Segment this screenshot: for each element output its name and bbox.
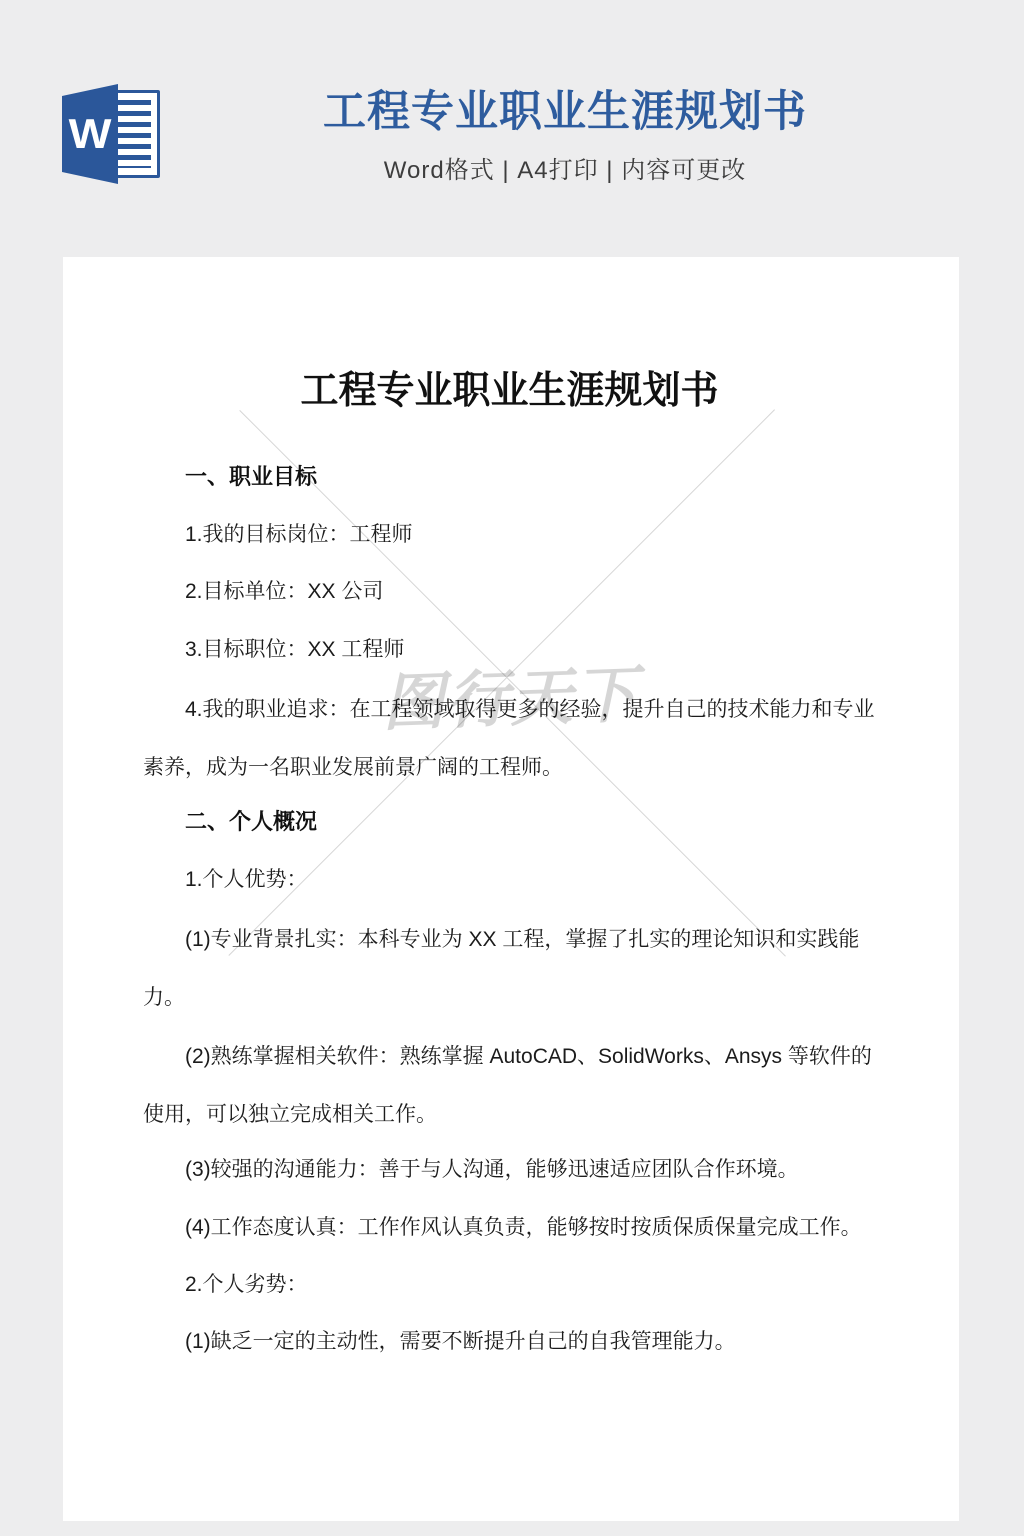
header-subtitle: Word格式 | A4打印 | 内容可更改 (105, 150, 1024, 185)
doc-paragraph-target-post: 1.我的目标岗位：工程师 (143, 506, 876, 564)
doc-heading-personal-overview: 二、个人概况 (143, 793, 876, 851)
doc-paragraph-career-pursuit: 4.我的职业追求：在工程领域取得更多的经验，提升自己的技术能力和专业素养，成为一… (143, 681, 876, 796)
doc-paragraph-strength-4: (4)工作态度认真：工作作风认真负责，能够按时按质保质保量完成工作。 (143, 1199, 876, 1257)
doc-paragraph-weaknesses-label: 2.个人劣势： (143, 1256, 876, 1314)
document-page: 图行天下 工程专业职业生涯规划书 一、职业目标 1.我的目标岗位：工程师 2.目… (63, 257, 959, 1521)
doc-heading-career-goals: 一、职业目标 (143, 448, 876, 506)
doc-paragraph-strength-1: (1)专业背景扎实：本科专业为 XX 工程，掌握了扎实的理论知识和实践能力。 (143, 911, 876, 1026)
doc-paragraph-target-company: 2.目标单位：XX 公司 (143, 563, 876, 621)
document-preview-page: { "header": { "title": "工程专业职业生涯规划书", "s… (0, 0, 1024, 1536)
header-text: 工程专业职业生涯规划书 Word格式 | A4打印 | 内容可更改 (105, 86, 1024, 185)
doc-paragraph-strength-3: (3)较强的沟通能力：善于与人沟通，能够迅速适应团队合作环境。 (143, 1141, 876, 1199)
header-title: 工程专业职业生涯规划书 (105, 86, 1024, 140)
document-title: 工程专业职业生涯规划书 (143, 363, 876, 420)
doc-paragraph-strength-2: (2)熟练掌握相关软件：熟练掌握 AutoCAD、SolidWorks、Ansy… (143, 1028, 876, 1143)
doc-paragraph-strengths-label: 1.个人优势： (143, 851, 876, 909)
doc-paragraph-weakness-1: (1)缺乏一定的主动性，需要不断提升自己的自我管理能力。 (143, 1313, 876, 1371)
header: W 工程专业职业生涯规划书 Word格式 | A4打印 | 内容可更改 (0, 0, 1024, 257)
doc-paragraph-target-position: 3.目标职位：XX 工程师 (143, 621, 876, 679)
